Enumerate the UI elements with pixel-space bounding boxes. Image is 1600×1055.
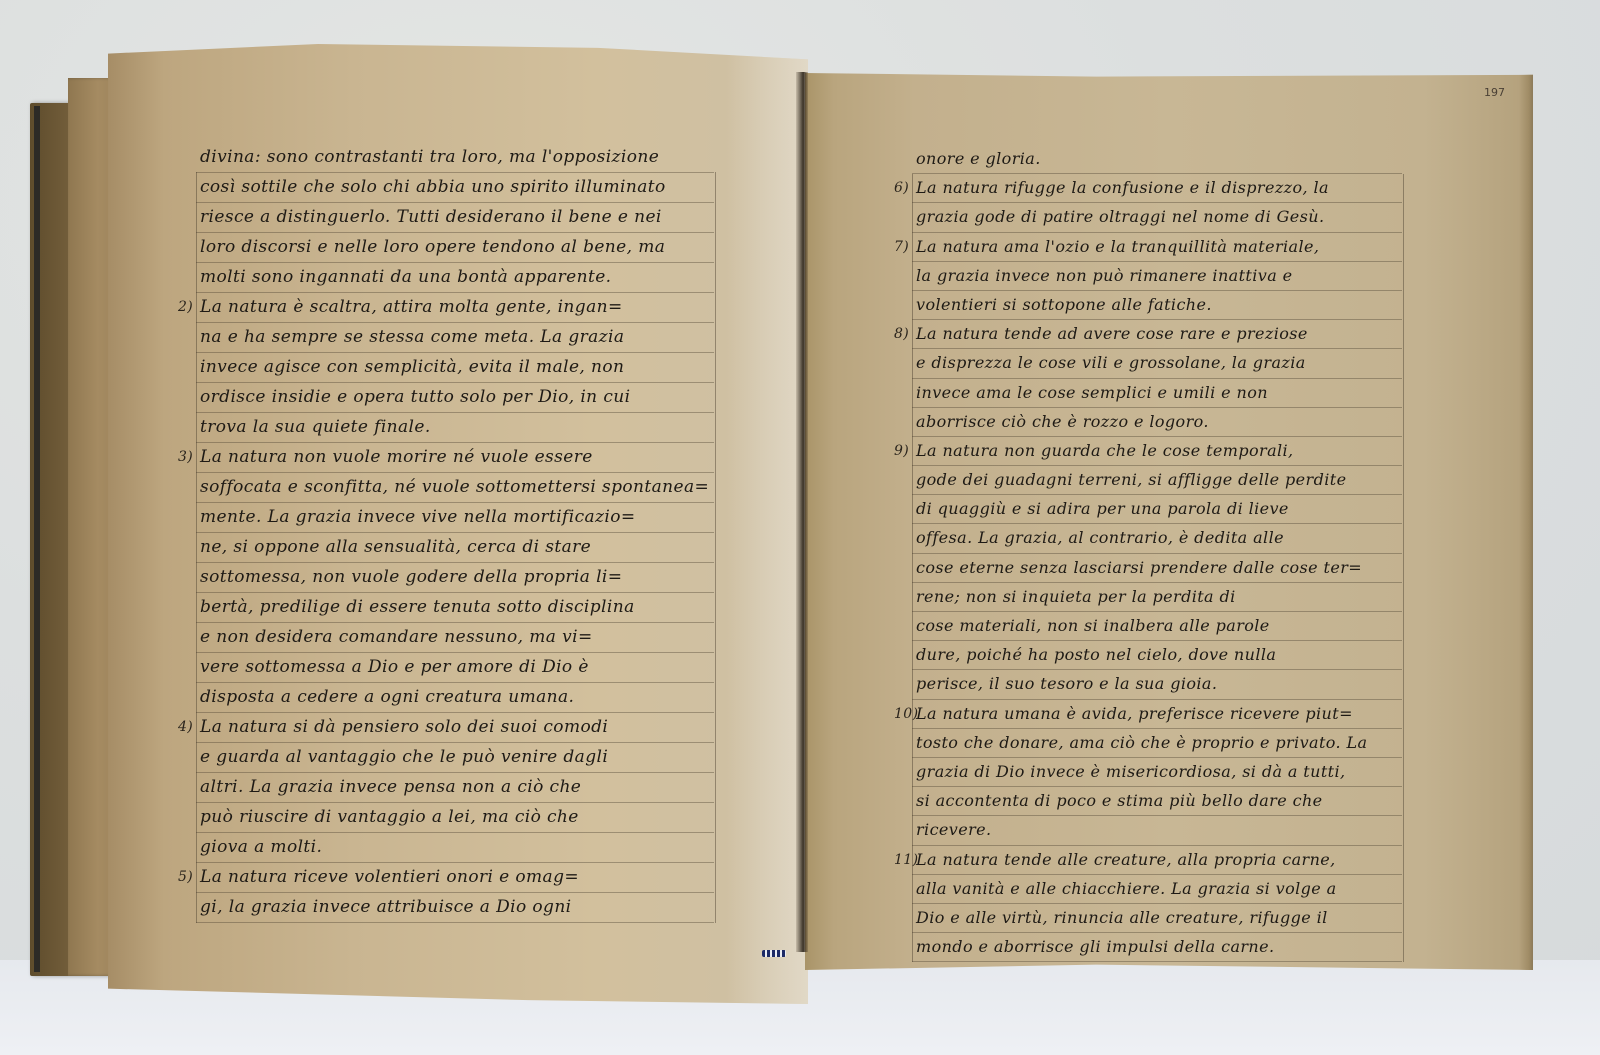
cover-spine-edge xyxy=(34,106,40,972)
item-number: 3) xyxy=(178,443,193,472)
item-number: 2) xyxy=(178,293,193,322)
page-number: 197 xyxy=(1484,86,1505,99)
item-number: 8) xyxy=(894,320,909,348)
ruled-margin-box xyxy=(912,174,1404,962)
line-text: divina: sono contrastanti tra loro, ma l… xyxy=(200,147,659,167)
item-number: 5) xyxy=(178,863,193,892)
item-number: 9) xyxy=(894,437,909,465)
item-number: 6) xyxy=(894,174,909,202)
item-number: 7) xyxy=(894,233,909,261)
ruled-margin-box xyxy=(196,172,716,923)
binding-stitch xyxy=(762,950,786,957)
deckle-edge xyxy=(1519,73,1533,970)
line-text: onore e gloria. xyxy=(916,149,1041,168)
item-number: 4) xyxy=(178,713,193,742)
left-page-text: divina: sono contrastanti tra loro, ma l… xyxy=(196,143,714,923)
right-page-text: onore e gloria.6)La natura rifugge la co… xyxy=(912,145,1402,962)
photo-scene: 197 divina: sono contrastanti tra loro, … xyxy=(0,0,1600,1055)
handwritten-line: divina: sono contrastanti tra loro, ma l… xyxy=(196,143,714,173)
book-gutter xyxy=(796,72,808,952)
handwritten-line: onore e gloria. xyxy=(912,145,1402,174)
